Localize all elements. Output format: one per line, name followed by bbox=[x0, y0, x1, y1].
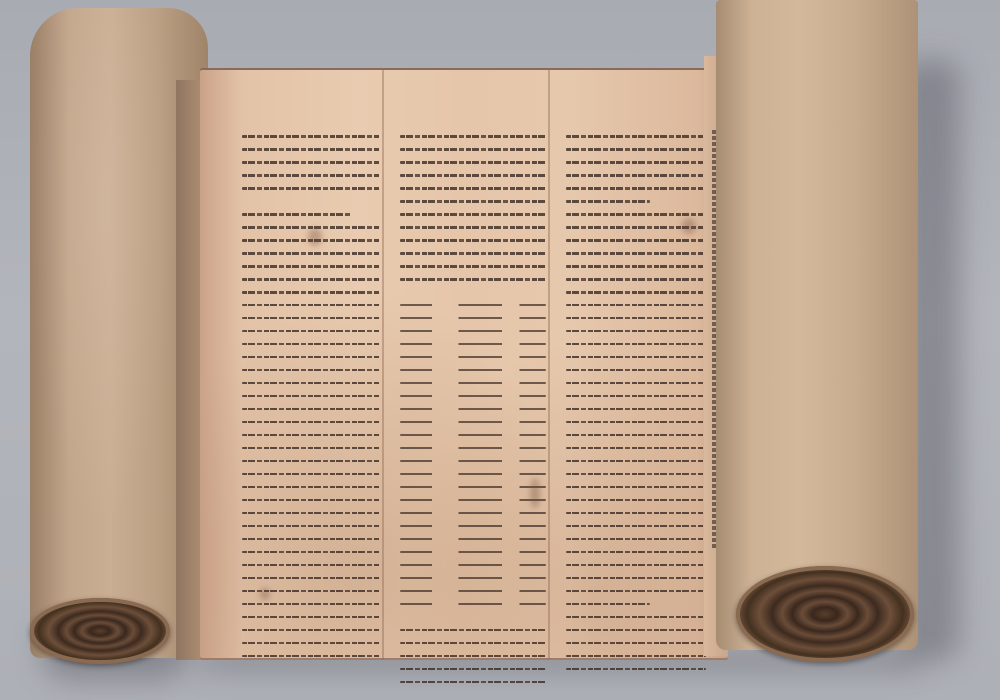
scroll-photo: A parchment scroll rolled on two sides, … bbox=[0, 0, 1000, 700]
left-roll-end bbox=[30, 598, 170, 664]
right-scroll-roll bbox=[716, 0, 918, 650]
stain bbox=[682, 218, 696, 234]
stain bbox=[260, 588, 270, 600]
parchment-sheet bbox=[200, 68, 728, 660]
stain bbox=[530, 478, 540, 508]
seam bbox=[382, 68, 384, 660]
text-column-1 bbox=[242, 130, 380, 662]
stain bbox=[308, 228, 322, 246]
text-column-3 bbox=[566, 130, 706, 675]
right-roll-end bbox=[736, 566, 914, 662]
seam bbox=[548, 68, 550, 660]
text-column-2 bbox=[400, 130, 546, 688]
